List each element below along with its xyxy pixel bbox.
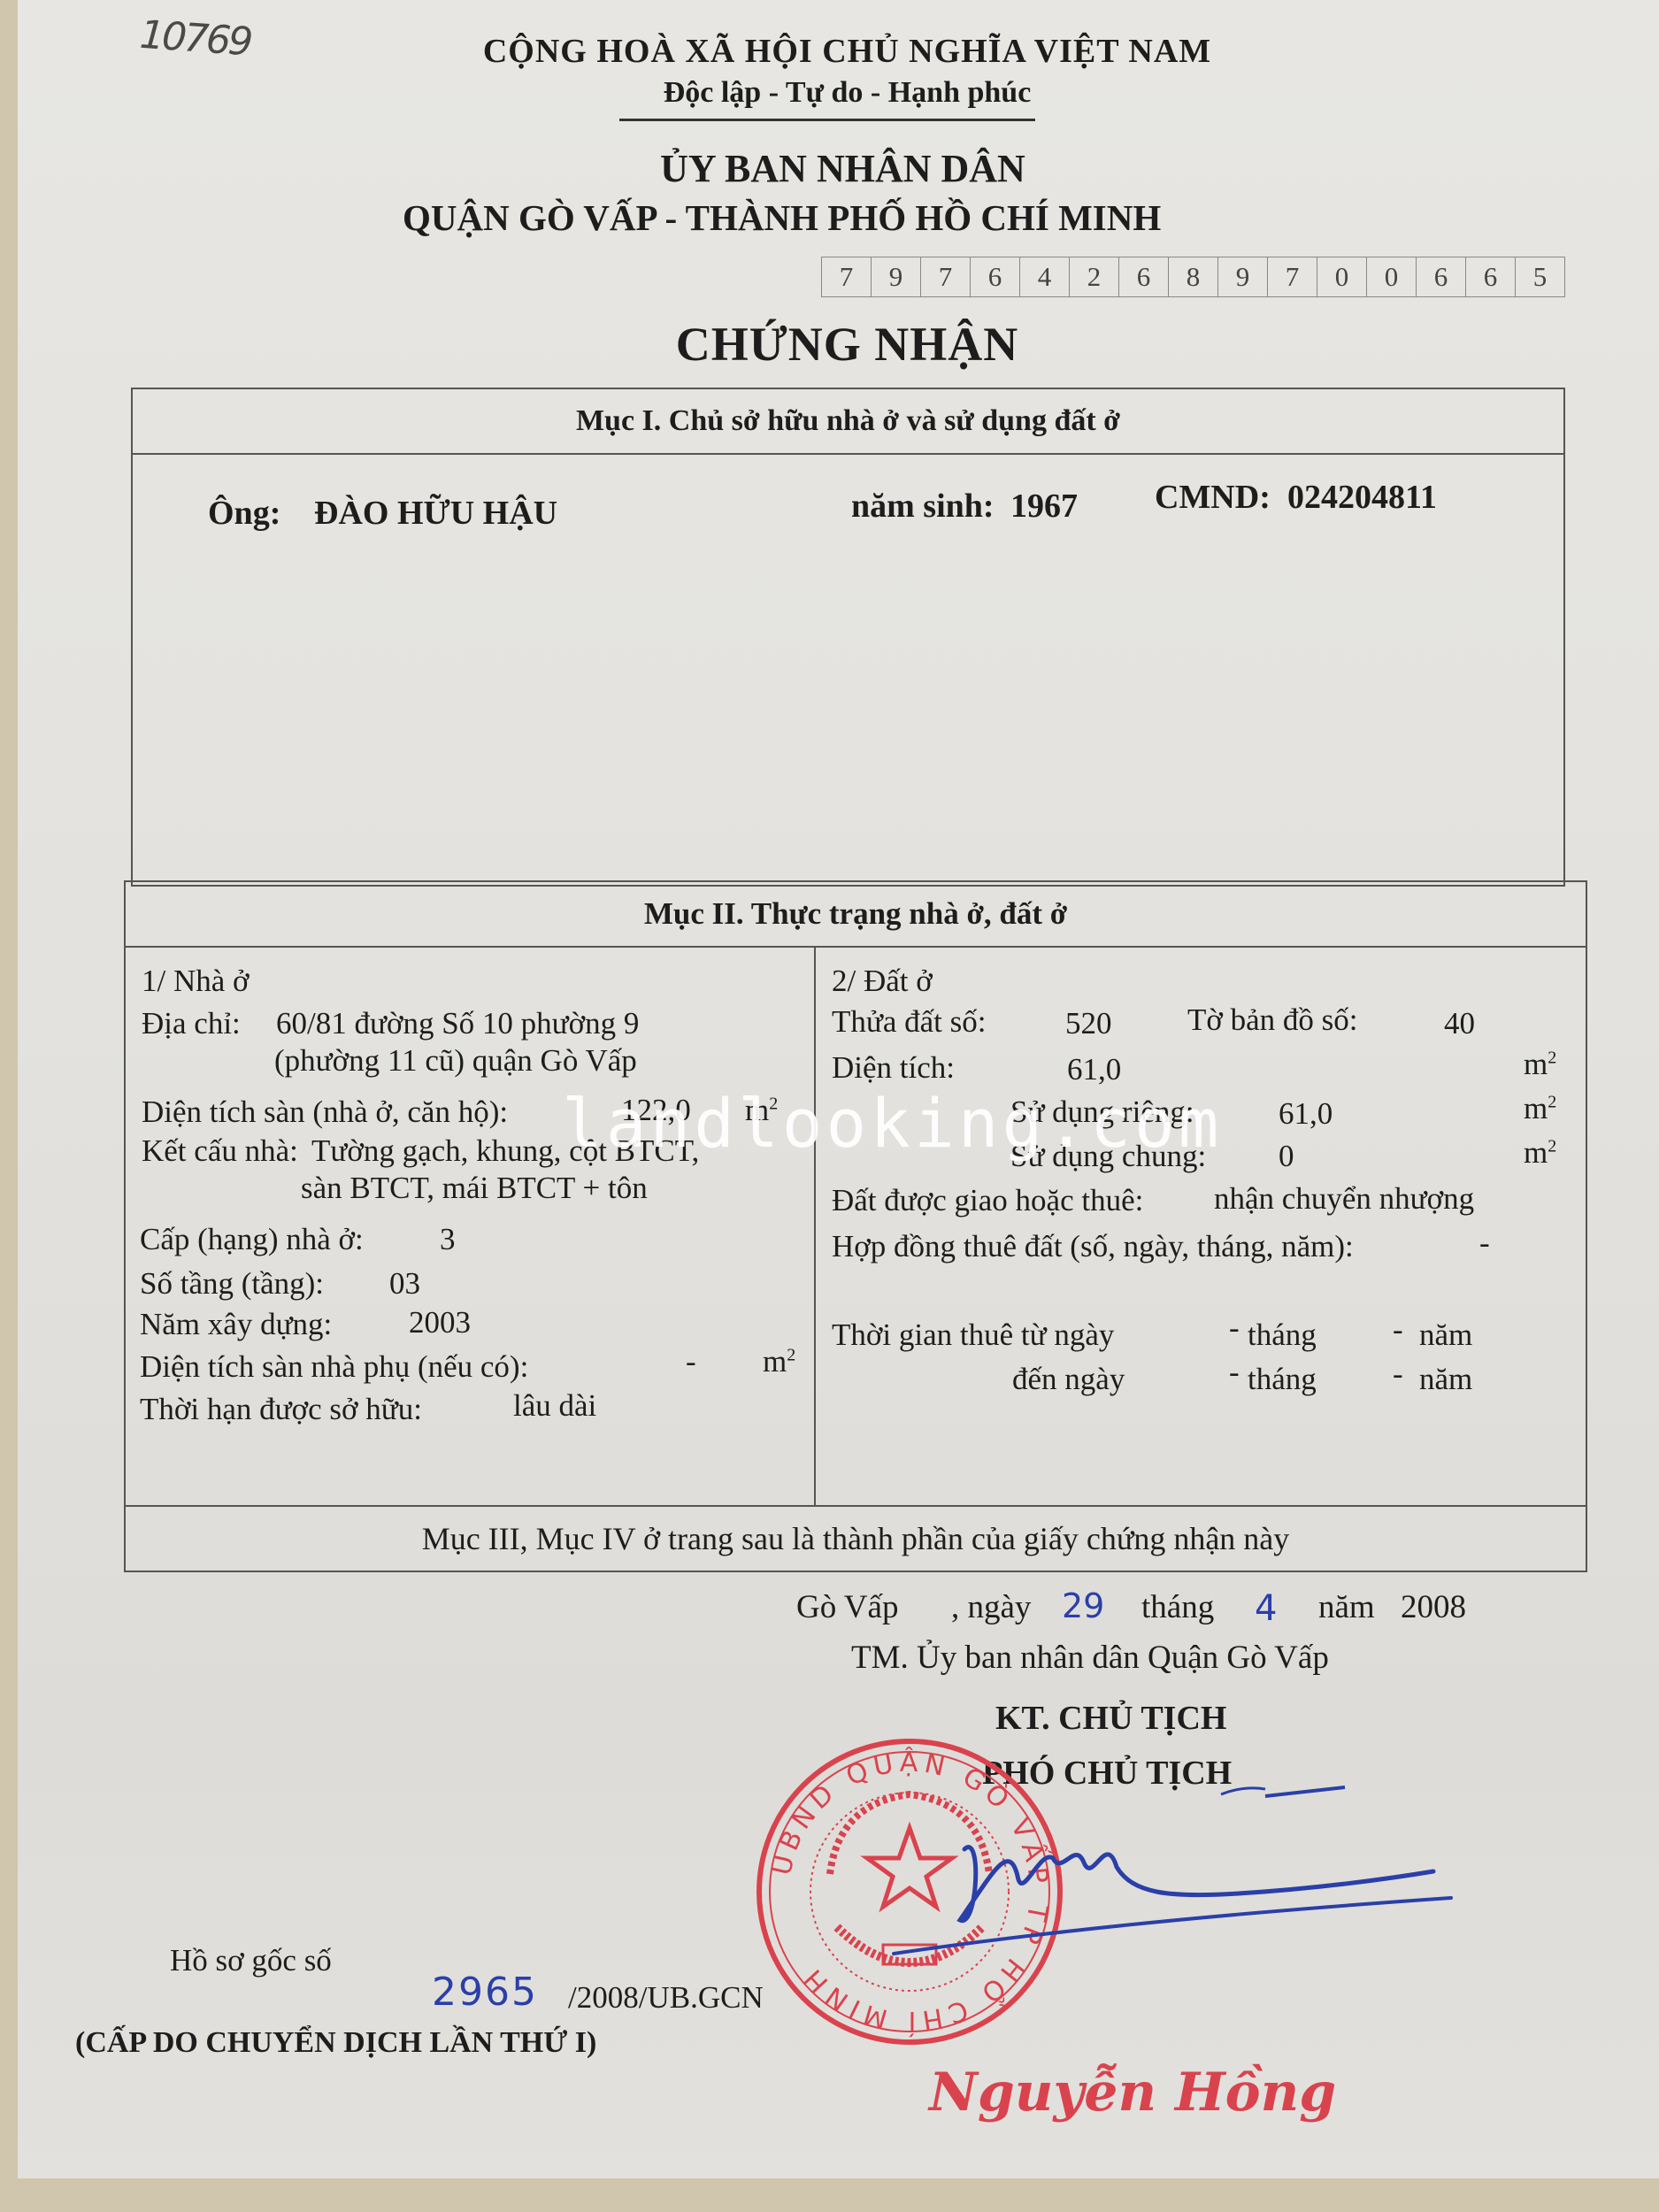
serial-digit: 7 — [822, 257, 872, 297]
day-label: , ngày — [951, 1588, 1031, 1626]
record-label: Hồ sơ gốc số — [170, 1943, 332, 1978]
section-1-heading: Mục I. Chủ sở hữu nhà ở và sử dụng đất ở — [133, 389, 1563, 455]
area-label: Diện tích: — [832, 1050, 955, 1086]
owner-prefix: Ông: — [208, 494, 280, 533]
aux-area-unit: m2 — [763, 1344, 795, 1379]
lease-from-month-label: tháng — [1248, 1317, 1317, 1353]
serial-digit: 2 — [1070, 257, 1119, 297]
map-sheet-value: 40 — [1444, 1006, 1475, 1041]
record-suffix: /2008/UB.GCN — [568, 1980, 764, 2016]
signer-name-stamp: Nguyễn Hồng — [929, 2062, 1336, 2124]
document-title: CHỨNG NHẬN — [0, 317, 1659, 372]
private-use-value: 61,0 — [1279, 1096, 1333, 1132]
birth-year-label: năm sinh: — [851, 487, 995, 526]
structure-line-2: sàn BTCT, mái BTCT + tôn — [301, 1171, 648, 1206]
lease-to-label: đến ngày — [1012, 1362, 1125, 1397]
ownership-term-value: lâu dài — [513, 1388, 596, 1424]
built-year-value: 2003 — [409, 1305, 471, 1340]
id-label: CMND: — [1155, 478, 1271, 517]
birth-year: 1967 — [1010, 487, 1078, 526]
serial-digit: 6 — [1466, 257, 1516, 297]
serial-digit: 6 — [1417, 257, 1466, 297]
serial-digit: 7 — [921, 257, 971, 297]
serial-digit: 9 — [872, 257, 921, 297]
issue-month: 4 — [1255, 1588, 1277, 1629]
record-number: 2965 — [432, 1970, 538, 2015]
structure-label: Kết cấu nhà: — [142, 1133, 298, 1169]
lease-from-year-label: năm — [1419, 1317, 1472, 1353]
built-year-label: Năm xây dựng: — [140, 1307, 332, 1342]
serial-number-boxes: 7 9 7 6 4 2 6 8 9 7 0 0 6 6 5 — [821, 257, 1565, 297]
land-title: 2/ Đất ở — [832, 964, 933, 999]
allocation-label: Đất được giao hoặc thuê: — [832, 1183, 1143, 1218]
national-motto: Độc lập - Tự do - Hạnh phúc — [0, 76, 1659, 110]
shared-use-value: 0 — [1279, 1139, 1294, 1174]
parcel-label: Thửa đất số: — [832, 1004, 987, 1040]
column-divider — [814, 946, 816, 1507]
lease-to-month-label: tháng — [1248, 1362, 1317, 1397]
area-value: 61,0 — [1067, 1052, 1121, 1087]
floors-value: 03 — [389, 1266, 420, 1302]
aux-area-label: Diện tích sàn nhà phụ (nếu có): — [140, 1349, 528, 1385]
private-use-unit: m2 — [1524, 1091, 1556, 1126]
on-behalf-of: TM. Ủy ban nhân dân Quận Gò Vấp — [851, 1639, 1329, 1677]
grade-value: 3 — [440, 1222, 456, 1257]
serial-digit: 0 — [1367, 257, 1417, 297]
lease-to-month: - — [1393, 1356, 1403, 1392]
aux-area-value: - — [686, 1344, 696, 1379]
month-label: tháng — [1141, 1588, 1214, 1626]
grade-label: Cấp (hạng) nhà ở: — [140, 1222, 364, 1257]
map-sheet-label: Tờ bản đồ số: — [1187, 1002, 1358, 1038]
serial-digit: 9 — [1218, 257, 1268, 297]
lease-from-label: Thời gian thuê từ ngày — [832, 1317, 1114, 1353]
motto-underline — [619, 119, 1035, 121]
issuer-line-2: QUẬN GÒ VẤP - THÀNH PHỐ HỒ CHÍ MINH — [403, 196, 1161, 239]
lease-contract-label: Hợp đồng thuê đất (số, ngày, tháng, năm)… — [832, 1229, 1354, 1264]
section-2-status-box: Mục II. Thực trạng nhà ở, đất ở 1/ Nhà ở… — [124, 880, 1587, 1572]
serial-digit: 6 — [1119, 257, 1169, 297]
year-label: năm — [1318, 1588, 1375, 1626]
address-label: Địa chỉ: — [142, 1006, 241, 1041]
section-1-owner-box: Mục I. Chủ sở hữu nhà ở và sử dụng đất ở… — [131, 388, 1565, 887]
lease-to-year-label: năm — [1419, 1362, 1472, 1397]
floor-area-label: Diện tích sàn (nhà ở, căn hộ): — [142, 1094, 508, 1130]
serial-digit: 6 — [971, 257, 1020, 297]
issuer-line-1: ỦY BAN NHÂN DÂN — [0, 146, 1659, 191]
issuance-note: (CẤP DO CHUYỂN DỊCH LẦN THỨ I) — [75, 2026, 596, 2060]
lease-contract-value: - — [1479, 1225, 1490, 1261]
lease-from-day: - — [1229, 1310, 1240, 1346]
lease-from-month: - — [1393, 1312, 1403, 1348]
serial-digit: 7 — [1268, 257, 1317, 297]
serial-digit: 8 — [1169, 257, 1218, 297]
watermark: landlooking.com — [562, 1084, 1222, 1163]
owner-name: ĐÀO HỮU HẬU — [314, 494, 557, 533]
serial-digit: 0 — [1317, 257, 1367, 297]
issue-day: 29 — [1062, 1586, 1104, 1625]
serial-digit: 4 — [1020, 257, 1070, 297]
handwritten-signature-icon — [885, 1743, 1469, 1973]
issue-year: 2008 — [1401, 1588, 1466, 1626]
national-title: CỘNG HOÀ XÃ HỘI CHỦ NGHĨA VIỆT NAM — [0, 32, 1659, 71]
area-unit: m2 — [1524, 1047, 1556, 1082]
section-2-footer-note: Mục III, Mục IV ở trang sau là thành phầ… — [126, 1505, 1586, 1571]
id-number: 024204811 — [1287, 478, 1437, 517]
lease-to-day: - — [1229, 1355, 1240, 1390]
house-title: 1/ Nhà ở — [142, 964, 250, 999]
parcel-value: 520 — [1065, 1006, 1112, 1041]
ownership-term-label: Thời hạn được sở hữu: — [140, 1392, 422, 1427]
issue-place: Gò Vấp — [796, 1588, 898, 1626]
address-line-1: 60/81 đường Số 10 phường 9 — [276, 1006, 639, 1041]
section-2-heading: Mục II. Thực trạng nhà ở, đất ở — [126, 882, 1586, 948]
allocation-value: nhận chuyển nhượng — [1214, 1181, 1474, 1217]
floors-label: Số tầng (tầng): — [140, 1266, 324, 1302]
serial-digit: 5 — [1516, 257, 1565, 297]
address-line-2: (phường 11 cũ) quận Gò Vấp — [274, 1043, 637, 1079]
shared-use-unit: m2 — [1524, 1135, 1556, 1171]
